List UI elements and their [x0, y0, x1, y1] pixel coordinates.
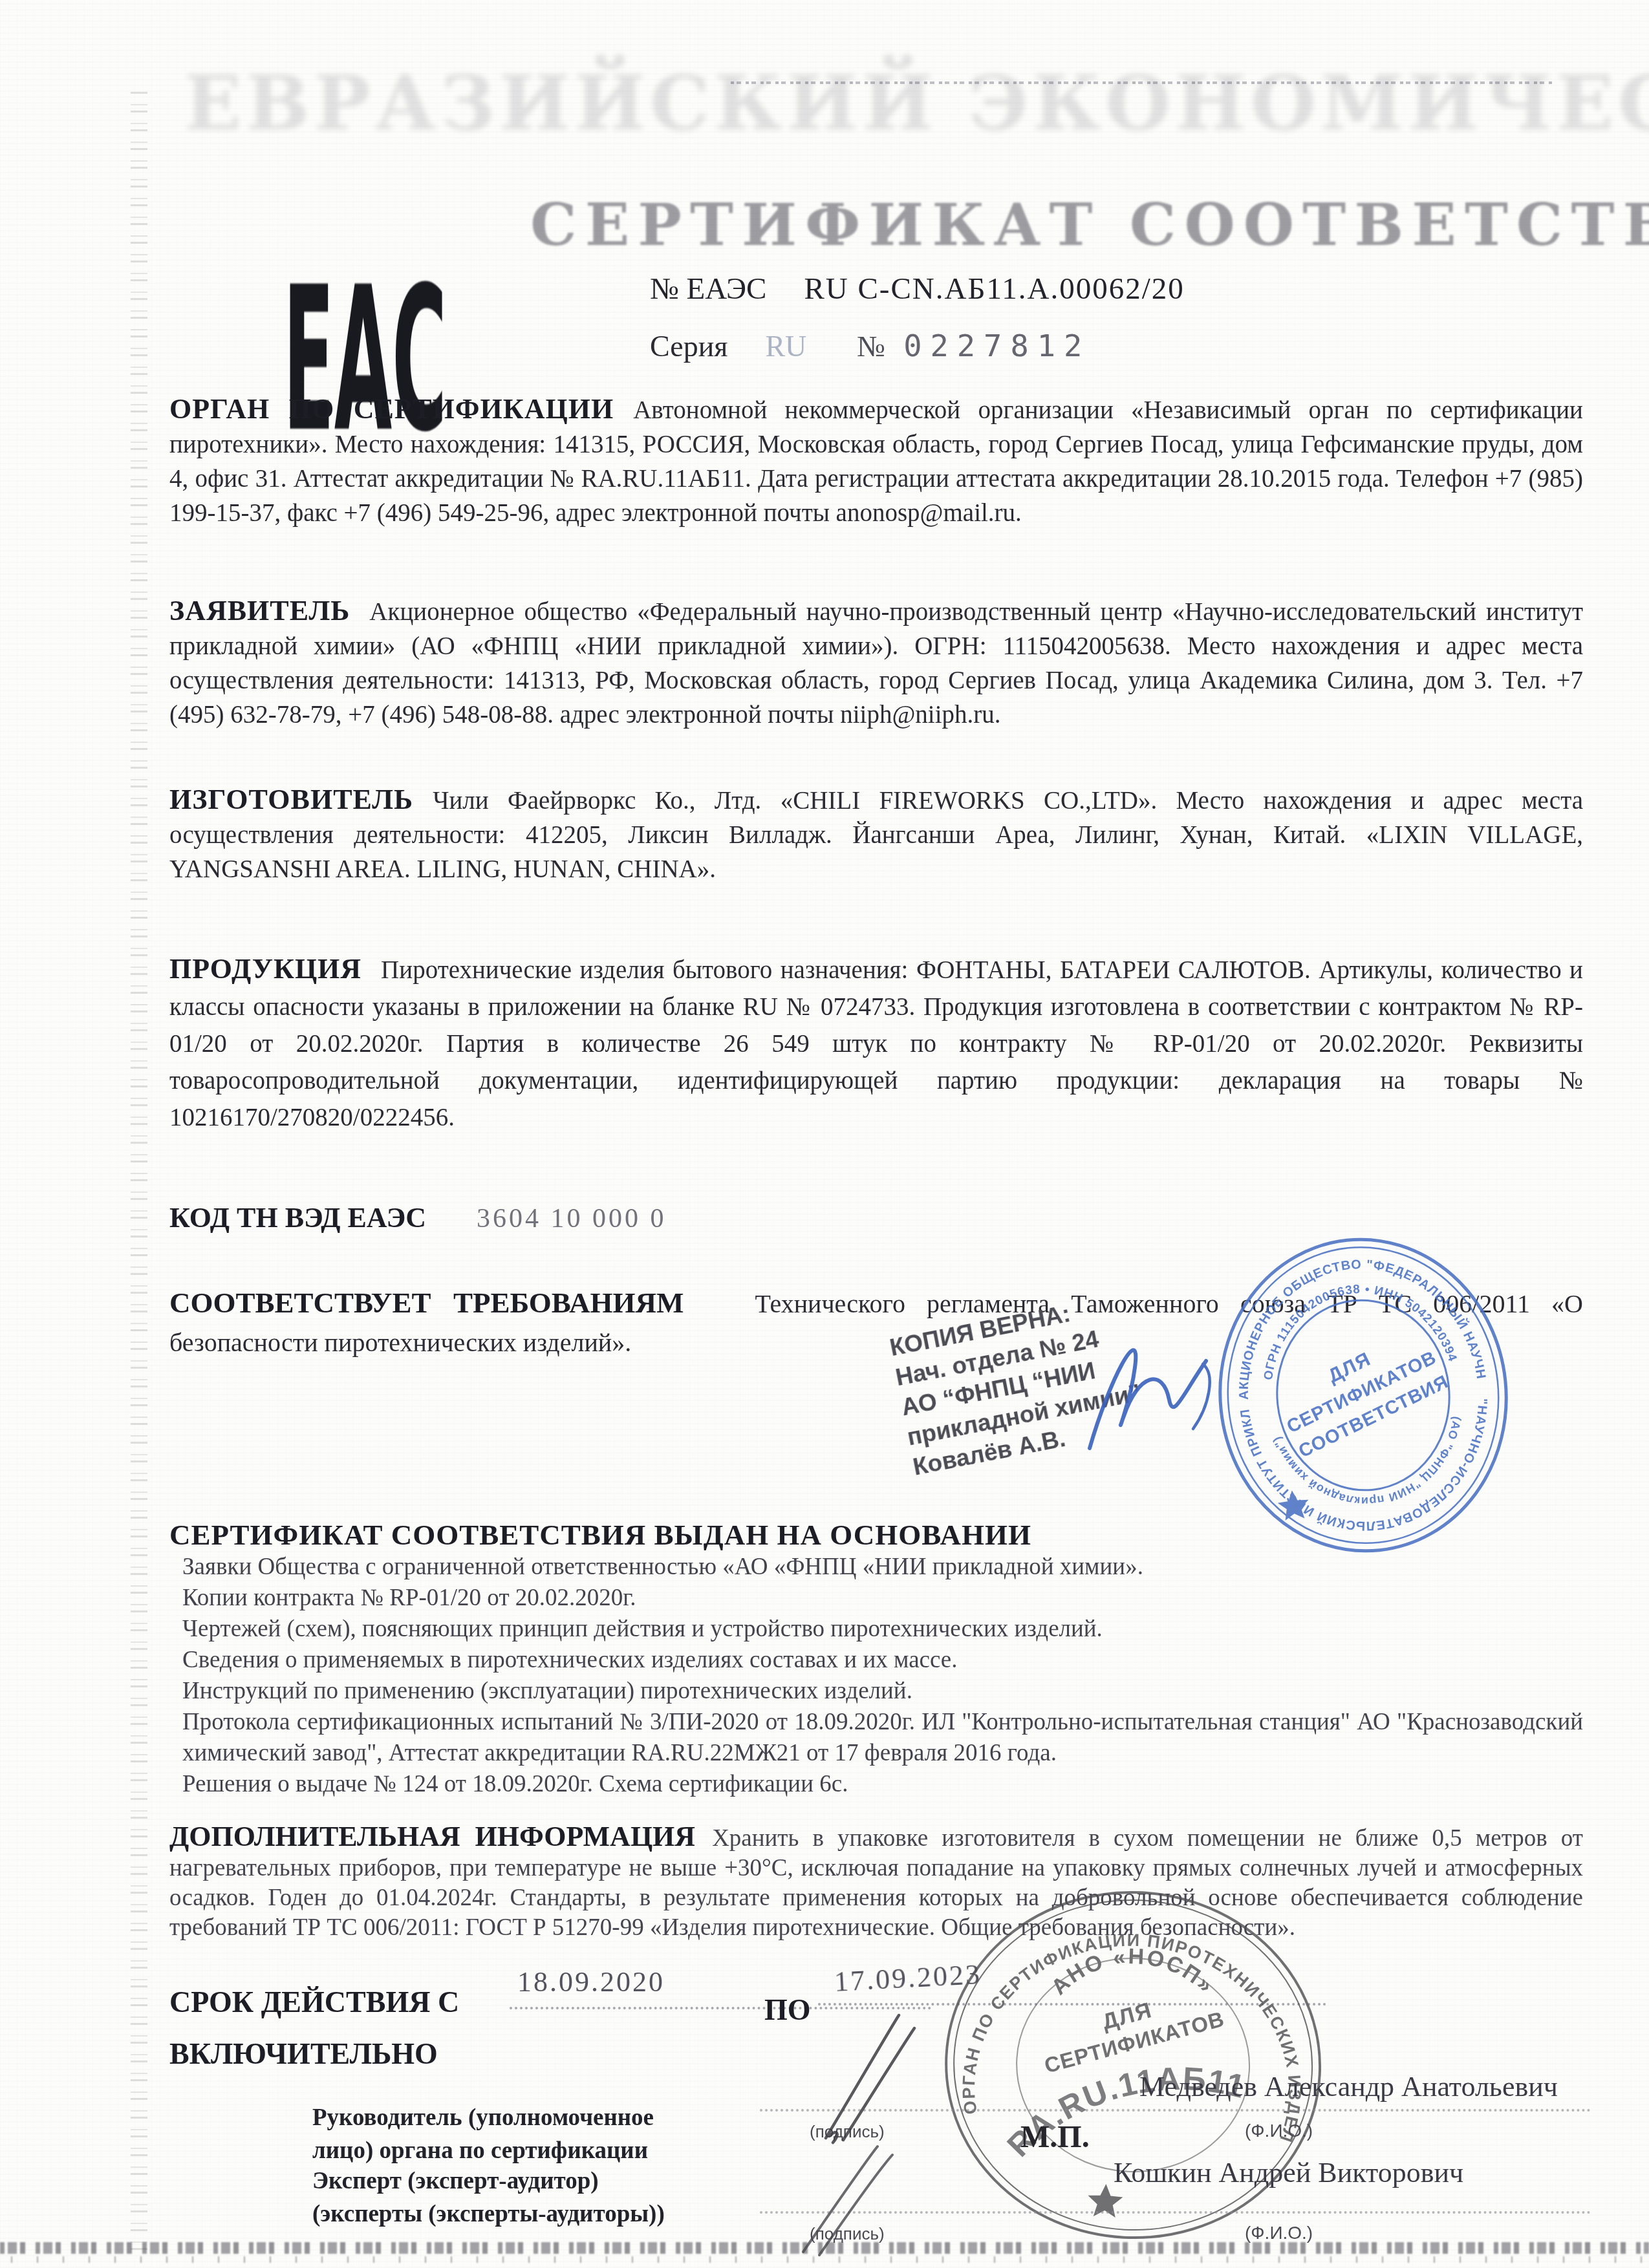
section-tnved-code: КОД ТН ВЭД ЕАЭС3604 10 000 0: [169, 1201, 667, 1234]
basis-item: Чертежей (схем), поясняющих принцип дейс…: [182, 1614, 1583, 1645]
basis-item: Решения о выдаче № 124 от 18.09.2020г. С…: [182, 1769, 1583, 1800]
mp-seal-label: М.П.: [1020, 2119, 1090, 2155]
expert-fio-label: (Ф.И.О.): [1245, 2223, 1313, 2243]
section-product-text: Пиротехнические изделия бытового назначе…: [169, 956, 1583, 1131]
blue-org-stamp: АКЦИОНЕРНОЕ ОБЩЕСТВО "ФЕДЕРАЛЬНЫЙ НАУЧНО…: [1198, 1219, 1528, 1571]
basis-item: Копии контракта № RP-01/20 от 20.02.2020…: [182, 1583, 1583, 1614]
seria-value: RU: [765, 330, 806, 363]
issued-basis-list: Заявки Общества с ограниченной ответстве…: [182, 1552, 1583, 1800]
validity-inclusive-label: ВКЛЮЧИТЕЛЬНО: [169, 2037, 438, 2071]
expert-pen-signature: [784, 2132, 939, 2262]
section-manufacturer: ИЗГОТОВИТЕЛЬЧили Фаейрворкс Ко., Лтд. «C…: [169, 782, 1583, 886]
section-product-label: ПРОДУКЦИЯ: [169, 953, 361, 985]
head-name: Медведев Александр Анатольевич: [1139, 2070, 1558, 2103]
seria-line: СерияRU№0227812: [650, 328, 1090, 364]
ghost-certificate-title: СЕРТИФИКАТ СООТВЕТСТВИЯ: [530, 191, 1364, 259]
basis-item: Инструкций по применению (эксплуатации) …: [182, 1676, 1583, 1707]
validity-from-date: 18.09.2020: [517, 1965, 665, 1998]
head-role-line2: лицо) органа по сертификации: [312, 2134, 765, 2167]
section-product: ПРОДУКЦИЯПиротехнические изделия бытовог…: [169, 950, 1583, 1136]
basis-item: Сведения о применяемых в пиротехнических…: [182, 1645, 1583, 1676]
complies-with-label: СООТВЕТСТВУЕТ ТРЕБОВАНИЯМ: [169, 1287, 684, 1319]
expert-role-label: Эксперт (эксперт-аудитор) (эксперты (экс…: [312, 2165, 765, 2231]
seria-label: Серия: [650, 330, 727, 363]
gray-certbody-stamp: ОРГАН ПО СЕРТИФИКАЦИИ ПИРОТЕХНИЧЕСКИХ ИЗ…: [930, 1877, 1336, 2256]
head-role-line1: Руководитель (уполномоченное: [312, 2101, 765, 2134]
expert-name: Кошкин Андрей Викторович: [1114, 2156, 1463, 2189]
additional-info-label: ДОПОЛНИТЕЛЬНАЯ ИНФОРМАЦИЯ: [169, 1821, 695, 1852]
expert-role-line2: (эксперты (эксперты-аудиторы)): [312, 2198, 765, 2231]
section-certification-body: ОРГАН ПО СЕРТИФИКАЦИИАвтономной некоммер…: [169, 392, 1583, 530]
blank-number-label: №: [857, 330, 885, 363]
section-manufacturer-label: ИЗГОТОВИТЕЛЬ: [169, 784, 413, 815]
section-certification-body-label: ОРГАН ПО СЕРТИФИКАЦИИ: [169, 393, 614, 425]
scan-noise-left-strip: [131, 91, 147, 2250]
tnved-code-value: 3604 10 000 0: [477, 1204, 667, 1234]
certificate-number-line: № ЕАЭСRU С-CN.АБ11.А.00062/20: [650, 272, 1185, 306]
ghost-union-title: ЕВРАЗИЙСКИЙ ЭКОНОМИЧЕСКИЙ СОЮЗ: [184, 59, 1536, 147]
section-applicant-label: ЗАЯВИТЕЛЬ: [169, 595, 350, 626]
blank-number-value: 0227812: [903, 328, 1090, 364]
validity-from-label: СРОК ДЕЙСТВИЯ С: [169, 1985, 459, 2019]
section-applicant-text: Акционерное общество «Федеральный научно…: [169, 598, 1583, 729]
section-additional-info: ДОПОЛНИТЕЛЬНАЯ ИНФОРМАЦИЯХранить в упако…: [169, 1822, 1583, 1943]
head-pen-signature: [803, 1999, 958, 2148]
certificate-number-value: RU С-CN.АБ11.А.00062/20: [804, 272, 1184, 306]
certificate-page: { "header": { "ghost_union_title": "ЕВРА…: [0, 0, 1649, 2268]
head-fio-label: (Ф.И.О.): [1245, 2121, 1313, 2141]
certificate-number-label: № ЕАЭС: [650, 272, 766, 306]
section-applicant: ЗАЯВИТЕЛЬАкционерное общество «Федеральн…: [169, 594, 1583, 732]
tnved-code-label: КОД ТН ВЭД ЕАЭС: [169, 1202, 426, 1234]
head-role-label: Руководитель (уполномоченное лицо) орган…: [312, 2101, 765, 2167]
basis-item: Заявки Общества с ограниченной ответстве…: [182, 1552, 1583, 1583]
basis-item: Протокола сертификационных испытаний № 3…: [182, 1707, 1583, 1769]
issued-basis-label: СЕРТИФИКАТ СООТВЕТСТВИЯ ВЫДАН НА ОСНОВАН…: [169, 1518, 1031, 1552]
expert-role-line1: Эксперт (эксперт-аудитор): [312, 2165, 765, 2198]
